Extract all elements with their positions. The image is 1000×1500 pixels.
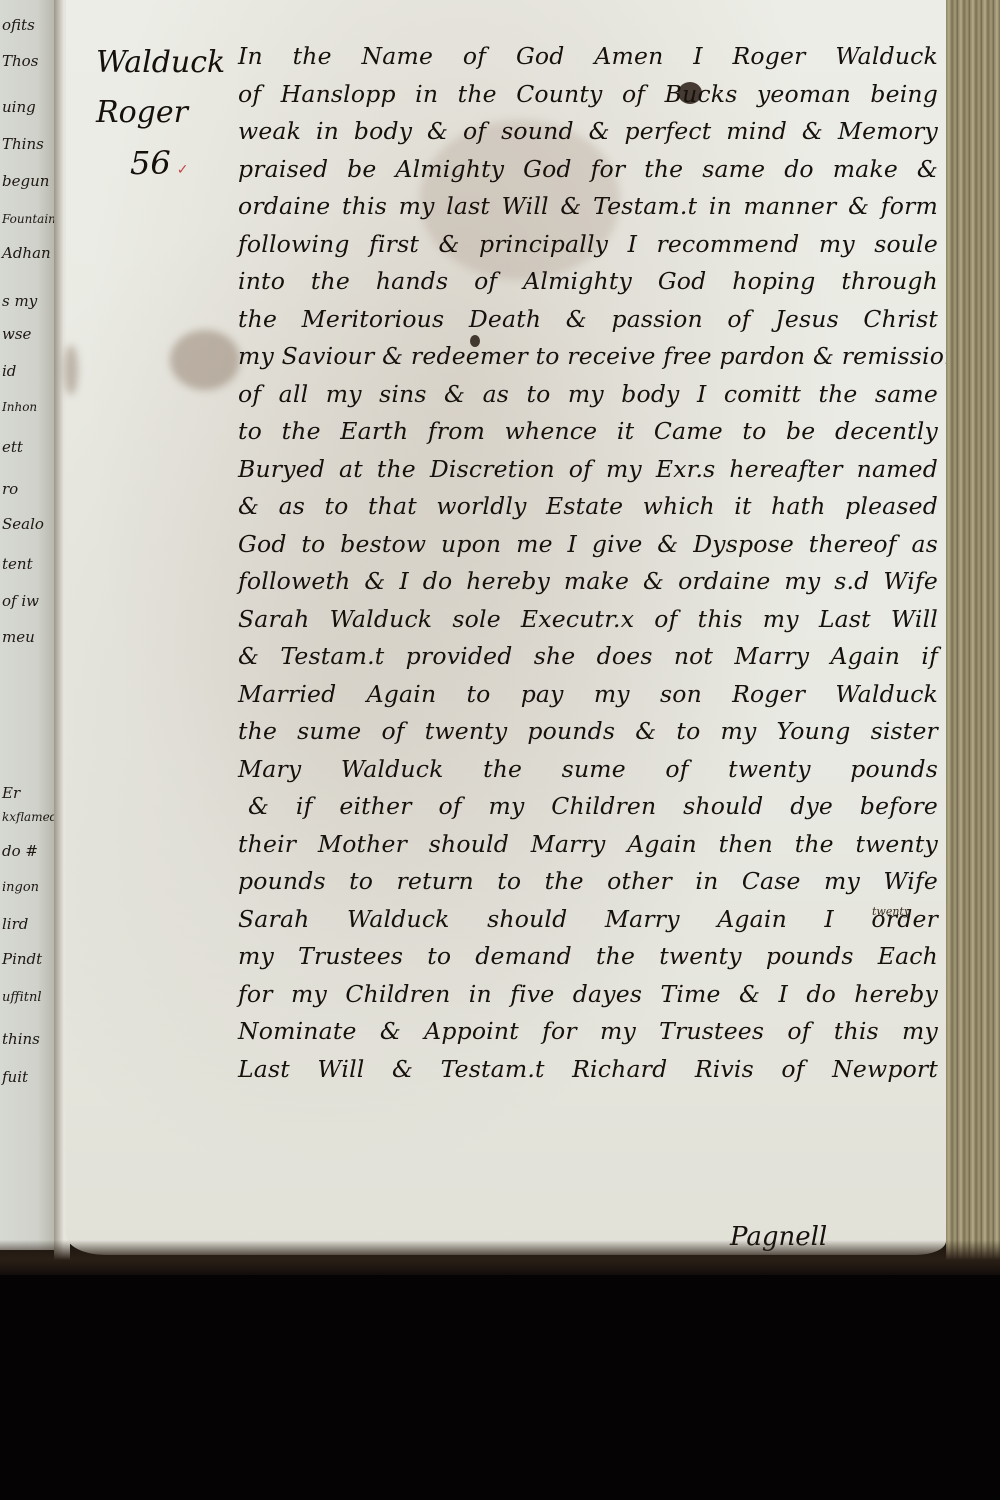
text-line: In the Name of God Amen I Roger Walduck [238, 38, 938, 76]
left-page-word: ett [2, 438, 23, 456]
left-page-word: Er [2, 784, 20, 802]
left-page-word: Sealo [2, 515, 44, 533]
text-line: followeth & I do hereby make & ordaine m… [238, 563, 938, 601]
left-page-word: Thos [2, 52, 38, 70]
left-page-word: lird [2, 915, 28, 933]
text-line: & as to that worldly Estate which it hat… [238, 488, 938, 526]
text-line: to the Earth from whence it Came to be d… [238, 413, 938, 451]
left-page-word: ofits [2, 16, 35, 34]
text-line: Buryed at the Discretion of my Exr.s her… [238, 451, 938, 489]
margin-forename: Roger [96, 88, 226, 138]
text-line: following first & principally I recommen… [238, 226, 938, 264]
left-page-word: Adhan [2, 244, 51, 262]
text-line: Sarah Walduck should Marry Again I order [238, 901, 938, 939]
text-line: Last Will & Testam.t Richard Rivis of Ne… [238, 1051, 938, 1089]
left-page-word: Inhon [2, 400, 37, 414]
left-page-word: Fountain [2, 212, 56, 226]
left-page-word: s my [2, 292, 37, 310]
text-line: of all my sins & as to my body I comitt … [238, 376, 938, 414]
left-page-word: uing [2, 98, 36, 116]
left-page-word: ingon [2, 880, 39, 895]
text-line: & if either of my Children should dye be… [238, 788, 938, 826]
page-edges [946, 0, 1000, 1265]
text-line: the Meritorious Death & passion of Jesus… [238, 301, 938, 339]
left-page-word: thins [2, 1030, 40, 1048]
text-line: praised be Almighty God for the same do … [238, 151, 938, 189]
left-page-word: tent [2, 555, 33, 573]
text-line: Married Again to pay my son Roger Walduc… [238, 676, 938, 714]
text-line: the sume of twenty pounds & to my Young … [238, 713, 938, 751]
text-line: God to bestow upon me I give & Dyspose t… [238, 526, 938, 564]
text-line: Sarah Walduck sole Executr.x of this my … [238, 601, 938, 639]
left-page-word: ro [2, 480, 18, 498]
text-line: of Hanslopp in the County of Bucks yeoma… [238, 76, 938, 114]
entry-number-value: 56 [130, 144, 171, 182]
text-line: pounds to return to the other in Case my… [238, 863, 938, 901]
text-line: Nominate & Appoint for my Trustees of th… [238, 1013, 938, 1051]
left-page-word: fuit [2, 1068, 28, 1086]
left-page-word: wse [2, 325, 31, 343]
left-page-word: Pindt [2, 950, 42, 968]
left-page-word: uffitnl [2, 990, 42, 1005]
text-line: for my Children in five dayes Time & I d… [238, 976, 938, 1014]
text-line: their Mother should Marry Again then the… [238, 826, 938, 864]
margin-surname: Walduck [96, 38, 226, 88]
text-line: my Trustees to demand the twenty pounds … [238, 938, 938, 976]
text-line: & Testam.t provided she does not Marry A… [238, 638, 938, 676]
page-bottom-shadow [0, 1240, 1000, 1275]
left-page-word: Thins [2, 135, 44, 153]
left-page-word: begun [2, 172, 49, 190]
margin-heading: Walduck Roger 56✓ [96, 38, 226, 195]
ink-stain [170, 330, 240, 390]
text-line: weak in body & of sound & perfect mind &… [238, 113, 938, 151]
left-page-fragment: ofits Thos uing Thins begun Fountain Adh… [0, 0, 56, 1250]
will-text: In the Name of God Amen I Roger Walduck … [238, 38, 938, 1088]
left-page-word: do # [2, 842, 38, 860]
entry-number: 56✓ [96, 138, 226, 195]
text-line: ordaine this my last Will & Testam.t in … [238, 188, 938, 226]
left-page-word: of iw [2, 592, 39, 610]
left-page-word: id [2, 362, 16, 380]
left-page-word: kxflamed [2, 810, 57, 824]
manuscript-photo: ofits Thos uing Thins begun Fountain Adh… [0, 0, 1000, 1275]
check-mark-icon: ✓ [177, 162, 189, 178]
text-line: Mary Walduck the sume of twenty pounds [238, 751, 938, 789]
text-line: my Saviour & redeemer to receive free pa… [238, 338, 938, 376]
text-line: into the hands of Almighty God hoping th… [238, 263, 938, 301]
interlinear-insertion: twenty [872, 905, 910, 918]
left-page-word: meu [2, 628, 35, 646]
ink-stain [64, 345, 78, 395]
